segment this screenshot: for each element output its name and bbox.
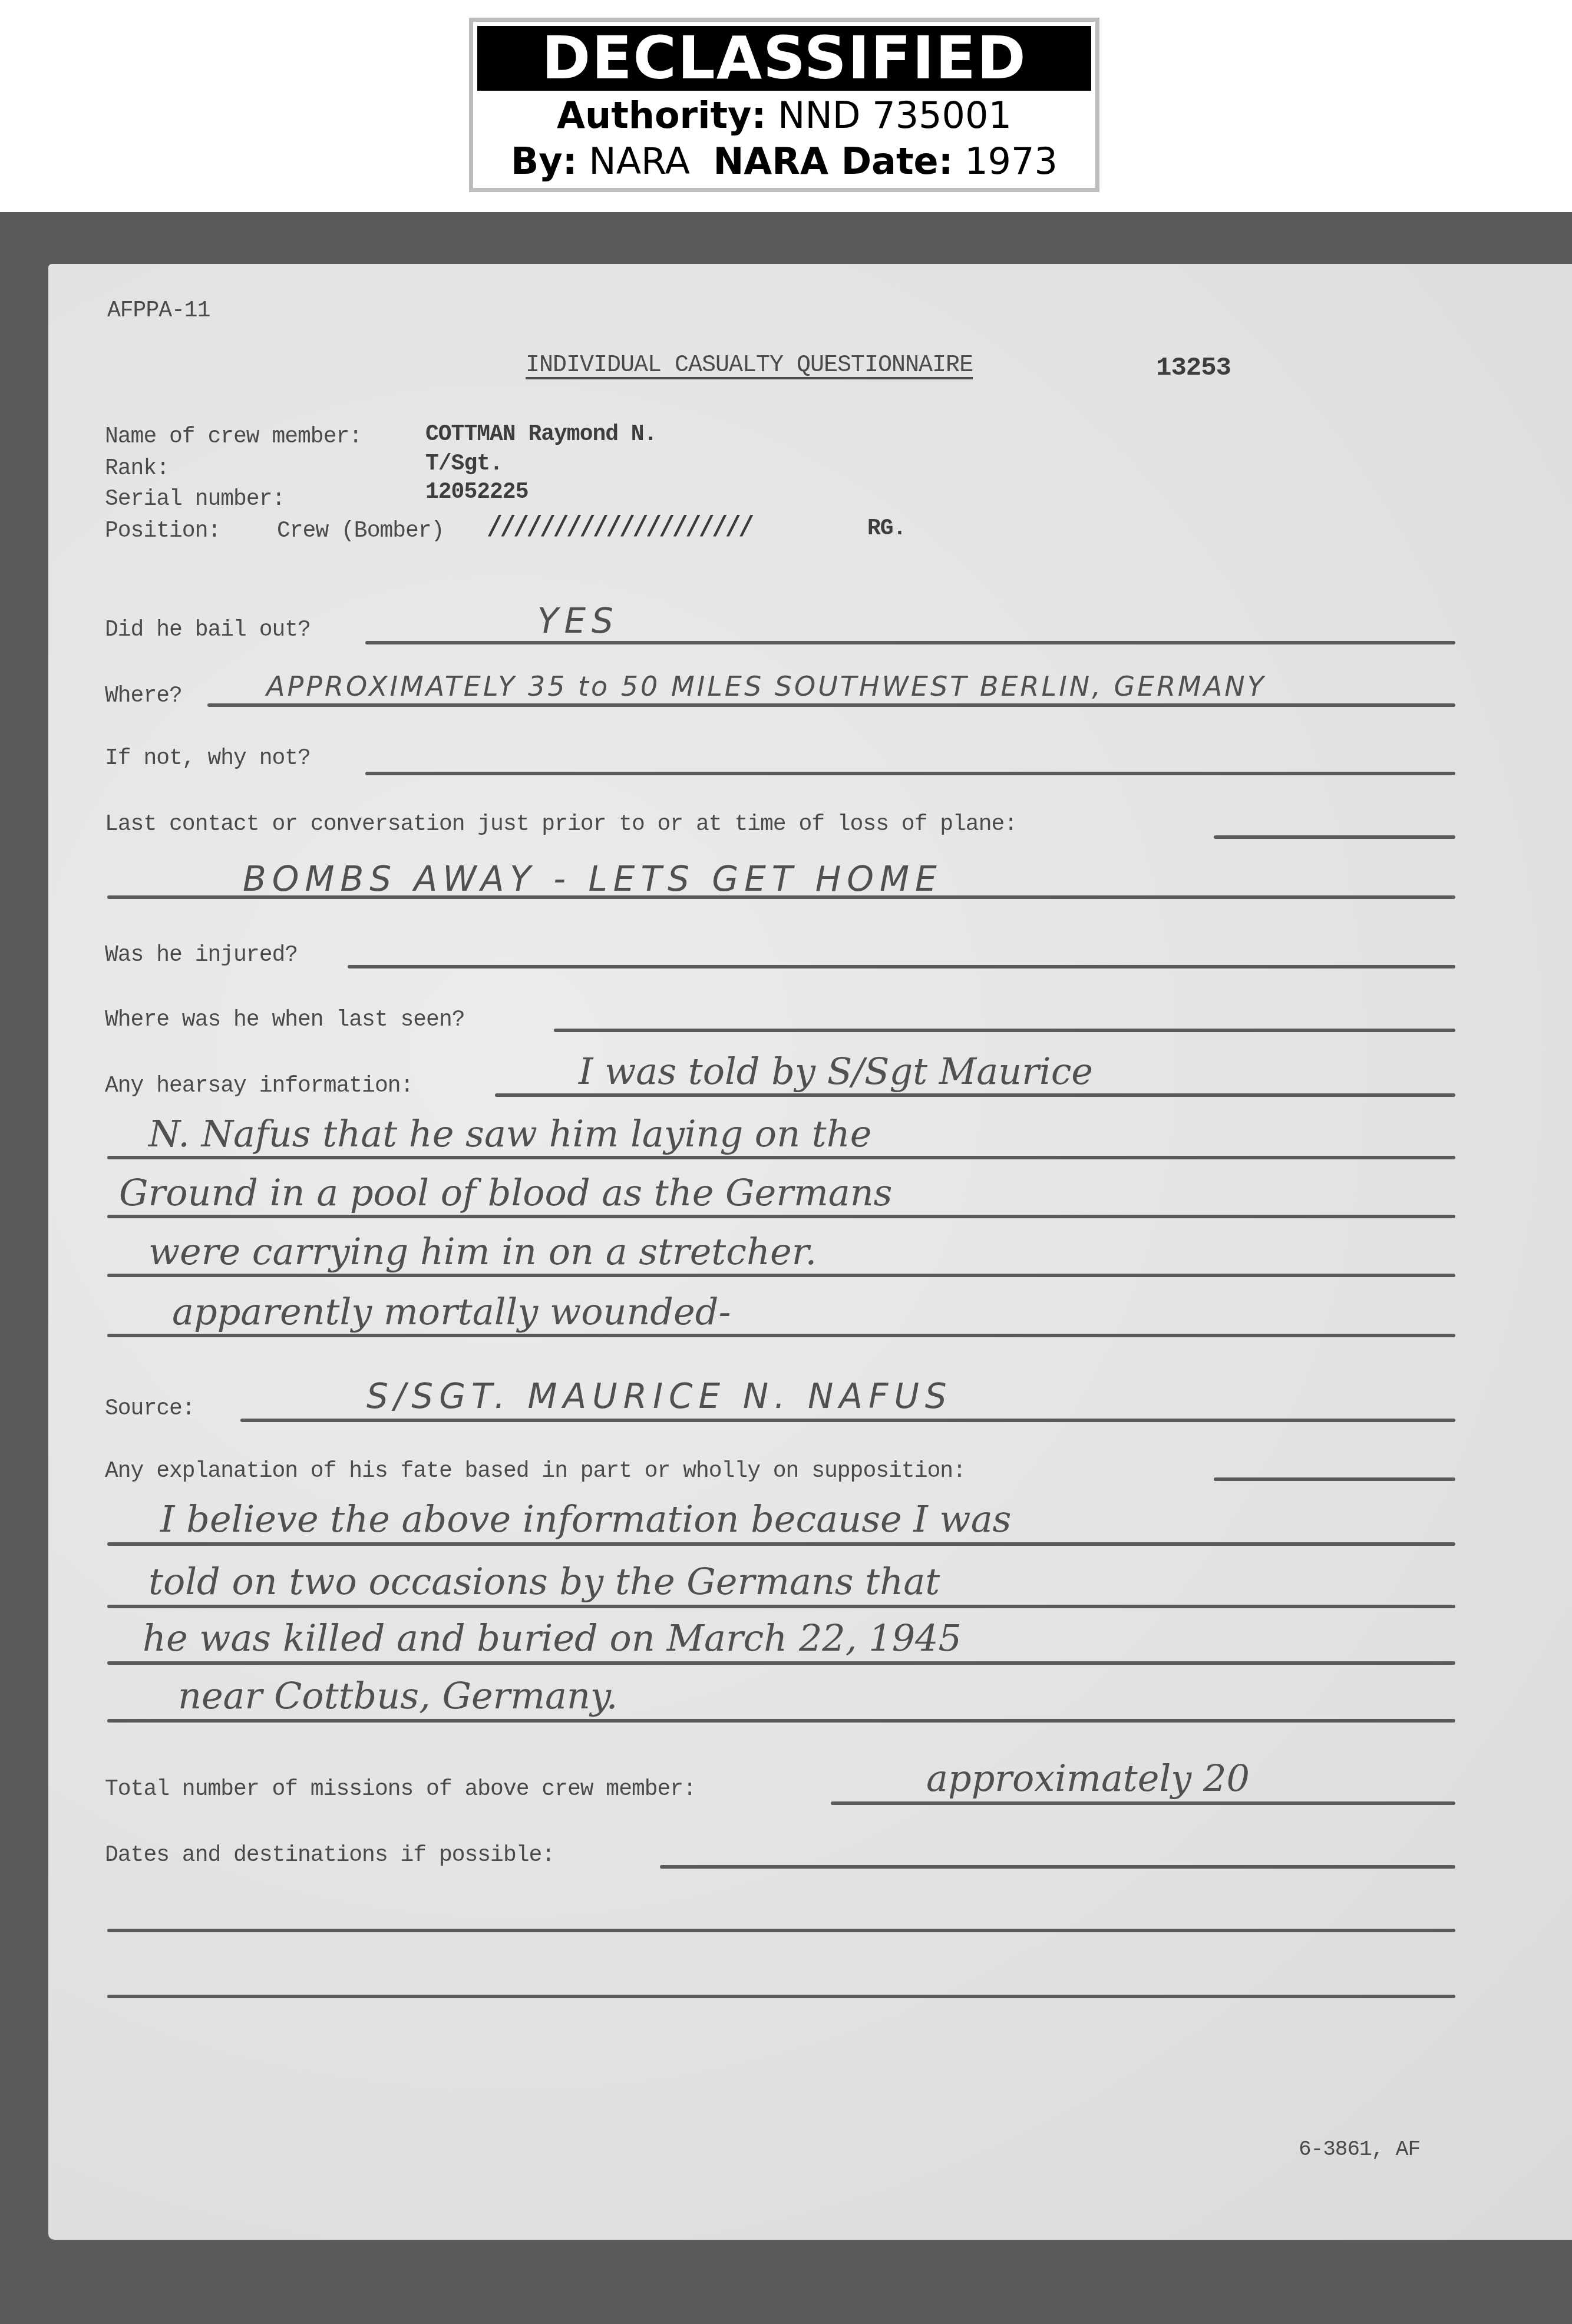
stamp-title: DECLASSIFIED xyxy=(477,26,1091,91)
hearsay-line-4 xyxy=(107,1274,1455,1277)
last-contact-line-1 xyxy=(1214,835,1455,839)
hearsay-label: Any hearsay information: xyxy=(105,1073,413,1099)
hearsay-text-2: N. Nafus that he saw him laying on the xyxy=(148,1112,871,1155)
injured-label: Was he injured? xyxy=(105,943,298,968)
last-contact-answer: BOMBS AWAY - LETS GET HOME xyxy=(243,859,943,899)
missions-line xyxy=(831,1801,1455,1805)
dates-label: Dates and destinations if possible: xyxy=(105,1843,554,1868)
supposition-line-2 xyxy=(107,1542,1455,1546)
supposition-line-1 xyxy=(1214,1477,1455,1481)
last-contact-label: Last contact or conversation just prior … xyxy=(105,812,1017,837)
where-answer: APPROXIMATELY 35 to 50 MILES SOUTHWEST B… xyxy=(266,670,1266,702)
where-label: Where? xyxy=(105,683,182,709)
dates-line-1 xyxy=(660,1865,1455,1869)
rank-value: T/Sgt. xyxy=(425,451,503,477)
supposition-text-2: told on two occasions by the Germans tha… xyxy=(148,1560,940,1603)
serial-value: 12052225 xyxy=(425,480,528,505)
stamp-authority: Authority: NND 735001 xyxy=(473,94,1095,137)
hearsay-text-3: Ground in a pool of blood as the Germans xyxy=(119,1171,892,1214)
missions-label: Total number of missions of above crew m… xyxy=(105,1777,696,1802)
why-not-label: If not, why not? xyxy=(105,746,311,771)
last-seen-line xyxy=(554,1029,1455,1032)
source-label: Source: xyxy=(105,1396,195,1421)
footer-form-code: 6-3861, AF xyxy=(1299,2137,1420,2161)
last-contact-line-2 xyxy=(107,895,1455,899)
supposition-line-4 xyxy=(107,1661,1455,1665)
declassified-stamp: DECLASSIFIED Authority: NND 735001 By: N… xyxy=(469,18,1099,192)
supposition-text-4: near Cottbus, Germany. xyxy=(178,1674,617,1717)
hearsay-line-3 xyxy=(107,1215,1455,1218)
date-value: 1973 xyxy=(965,140,1058,183)
form-code: AFPPA-11 xyxy=(107,298,210,323)
authority-value: NND 735001 xyxy=(778,94,1012,137)
supposition-label: Any explanation of his fate based in par… xyxy=(105,1459,966,1484)
crew-name-value: COTTMAN Raymond N. xyxy=(425,422,656,447)
file-number: 13253 xyxy=(1156,353,1231,383)
crew-name-label: Name of crew member: xyxy=(105,424,362,449)
bail-out-label: Did he bail out? xyxy=(105,617,311,643)
injured-line xyxy=(348,965,1455,968)
hearsay-text-4: were carrying him in on a stretcher. xyxy=(148,1230,817,1273)
position-suffix: RG. xyxy=(867,516,906,541)
last-seen-label: Where was he when last seen? xyxy=(105,1007,465,1033)
supposition-line-3 xyxy=(107,1605,1455,1608)
position-label: Position: xyxy=(105,518,220,544)
bail-out-line xyxy=(365,641,1455,644)
authority-label: Authority: xyxy=(557,94,766,137)
supposition-line-5 xyxy=(107,1719,1455,1723)
position-value: Crew (Bomber) xyxy=(277,518,444,544)
hearsay-line-1 xyxy=(495,1093,1455,1097)
rank-label: Rank: xyxy=(105,456,169,481)
serial-label: Serial number: xyxy=(105,487,285,512)
hearsay-line-2 xyxy=(107,1156,1455,1159)
by-value: NARA xyxy=(589,140,690,183)
form-title: INDIVIDUAL CASUALTY QUESTIONNAIRE xyxy=(526,352,973,379)
hearsay-text-5: apparently mortally wounded- xyxy=(172,1290,731,1333)
where-line xyxy=(207,703,1455,707)
by-label: By: xyxy=(511,140,577,183)
bail-out-answer: YES xyxy=(537,601,619,641)
position-redaction: //////////////////// xyxy=(488,510,753,538)
source-line xyxy=(240,1419,1455,1422)
scanned-document: AFPPA-11 INDIVIDUAL CASUALTY QUESTIONNAI… xyxy=(0,212,1572,2324)
date-label: NARA Date: xyxy=(713,140,953,183)
hearsay-text-1: I was told by S/Sgt Maurice xyxy=(579,1050,1093,1093)
dates-line-2 xyxy=(107,1929,1455,1932)
hearsay-line-5 xyxy=(107,1334,1455,1337)
dates-line-3 xyxy=(107,1995,1455,1998)
questionnaire-page: AFPPA-11 INDIVIDUAL CASUALTY QUESTIONNAI… xyxy=(48,264,1572,2240)
supposition-text-3: he was killed and buried on March 22, 19… xyxy=(143,1616,962,1659)
supposition-text-1: I believe the above information because … xyxy=(160,1497,1011,1540)
why-not-line xyxy=(365,772,1455,775)
stamp-by-date: By: NARA NARA Date: 1973 xyxy=(473,140,1095,183)
missions-answer: approximately 20 xyxy=(926,1757,1250,1800)
source-answer: S/SGT. MAURICE N. NAFUS xyxy=(366,1376,953,1416)
